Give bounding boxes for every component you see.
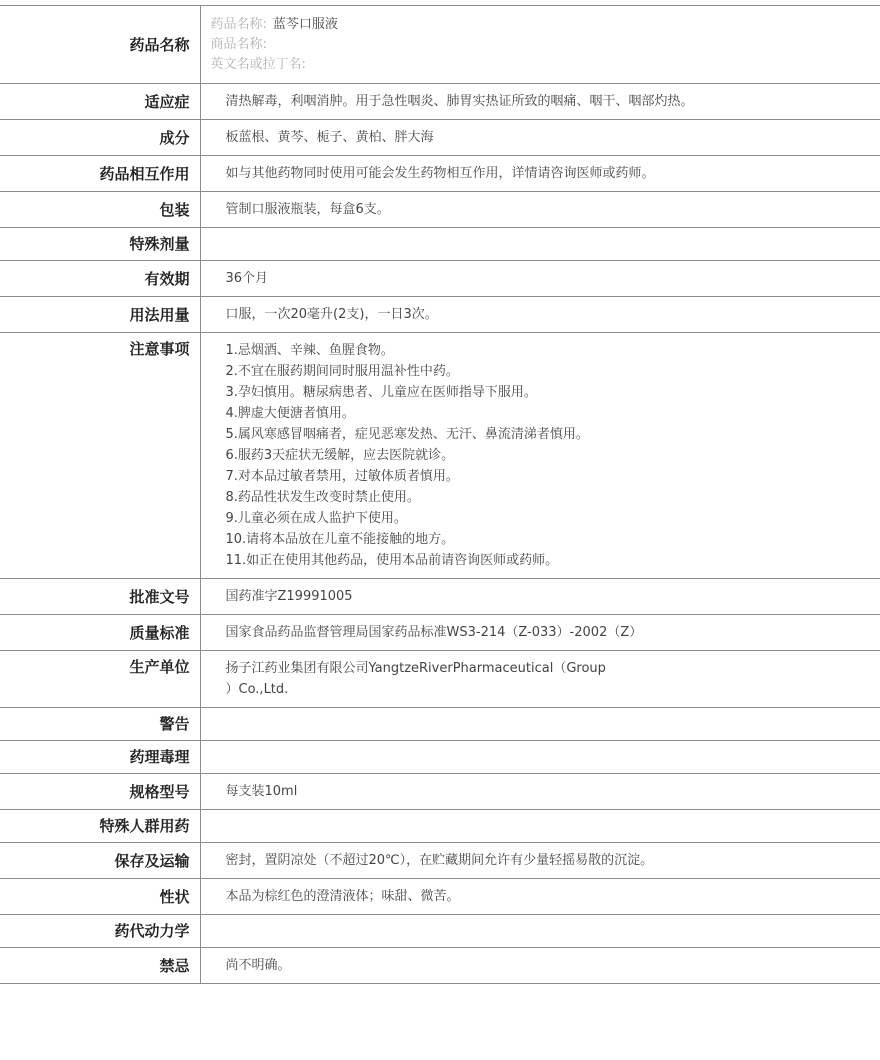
pharmacology-value bbox=[200, 741, 880, 774]
manufacturer-label: 生产单位 bbox=[0, 651, 200, 708]
trade-name-line: 商品名称: bbox=[211, 35, 880, 55]
row-packaging: 包装 管制口服液瓶装，每盒6支。 bbox=[0, 192, 880, 228]
precaution-item: 10.请将本品放在儿童不能接触的地方。 bbox=[226, 529, 880, 550]
drug-name-cell: 药品名称:蓝芩口服液 商品名称: 英文名或拉丁名: bbox=[200, 6, 880, 84]
ingredients-label: 成分 bbox=[0, 120, 200, 156]
contraindications-label: 禁忌 bbox=[0, 948, 200, 984]
row-ingredients: 成分 板蓝根、黄芩、栀子、黄柏、胖大海 bbox=[0, 120, 880, 156]
approval-number-value: 国药准字Z19991005 bbox=[200, 579, 880, 615]
indications-label: 适应症 bbox=[0, 84, 200, 120]
row-contraindications: 禁忌 尚不明确。 bbox=[0, 948, 880, 984]
row-specification: 规格型号 每支装10ml bbox=[0, 774, 880, 810]
pharmacokinetics-value bbox=[200, 915, 880, 948]
drug-name-label: 药品名称 bbox=[0, 6, 200, 84]
usage-label: 用法用量 bbox=[0, 297, 200, 333]
special-dosage-label: 特殊剂量 bbox=[0, 228, 200, 261]
special-dosage-value bbox=[200, 228, 880, 261]
row-manufacturer: 生产单位 扬子江药业集团有限公司YangtzeRiverPharmaceutic… bbox=[0, 651, 880, 708]
shelf-life-label: 有效期 bbox=[0, 261, 200, 297]
generic-name-line: 药品名称:蓝芩口服液 bbox=[211, 15, 880, 35]
specification-label: 规格型号 bbox=[0, 774, 200, 810]
manufacturer-line-2: ）Co.,Ltd. bbox=[226, 679, 880, 700]
precautions-label: 注意事项 bbox=[0, 333, 200, 579]
precaution-item: 5.属风寒感冒咽痛者，症见恶寒发热、无汗、鼻流清涕者慎用。 bbox=[226, 424, 880, 445]
warning-value bbox=[200, 708, 880, 741]
ingredients-value: 板蓝根、黄芩、栀子、黄柏、胖大海 bbox=[200, 120, 880, 156]
description-value: 本品为棕红色的澄清液体；味甜、微苦。 bbox=[200, 879, 880, 915]
row-pharmacology: 药理毒理 bbox=[0, 741, 880, 774]
interactions-value: 如与其他药物同时使用可能会发生药物相互作用，详情请咨询医师或药师。 bbox=[200, 156, 880, 192]
storage-label: 保存及运输 bbox=[0, 843, 200, 879]
shelf-life-value: 36个月 bbox=[200, 261, 880, 297]
precaution-item: 11.如正在使用其他药品，使用本品前请咨询医师或药师。 bbox=[226, 550, 880, 571]
quality-standard-label: 质量标准 bbox=[0, 615, 200, 651]
quality-standard-value: 国家食品药品监督管理局国家药品标准WS3-214（Z-033）-2002（Z） bbox=[200, 615, 880, 651]
storage-value: 密封，置阴凉处（不超过20℃），在贮藏期间允许有少量轻摇易散的沉淀。 bbox=[200, 843, 880, 879]
packaging-label: 包装 bbox=[0, 192, 200, 228]
row-quality-standard: 质量标准 国家食品药品监督管理局国家药品标准WS3-214（Z-033）-200… bbox=[0, 615, 880, 651]
special-populations-label: 特殊人群用药 bbox=[0, 810, 200, 843]
precaution-item: 1.忌烟酒、辛辣、鱼腥食物。 bbox=[226, 340, 880, 361]
row-special-populations: 特殊人群用药 bbox=[0, 810, 880, 843]
description-label: 性状 bbox=[0, 879, 200, 915]
row-shelf-life: 有效期 36个月 bbox=[0, 261, 880, 297]
generic-name-label: 药品名称: bbox=[211, 17, 267, 32]
row-usage: 用法用量 口服，一次20毫升(2支)，一日3次。 bbox=[0, 297, 880, 333]
row-approval-number: 批准文号 国药准字Z19991005 bbox=[0, 579, 880, 615]
packaging-value: 管制口服液瓶装，每盒6支。 bbox=[200, 192, 880, 228]
usage-value: 口服，一次20毫升(2支)，一日3次。 bbox=[200, 297, 880, 333]
precautions-list: 1.忌烟酒、辛辣、鱼腥食物。 2.不宜在服药期间同时服用温补性中药。 3.孕妇慎… bbox=[200, 333, 880, 579]
interactions-label: 药品相互作用 bbox=[0, 156, 200, 192]
precaution-item: 2.不宜在服药期间同时服用温补性中药。 bbox=[226, 361, 880, 382]
row-precautions: 注意事项 1.忌烟酒、辛辣、鱼腥食物。 2.不宜在服药期间同时服用温补性中药。 … bbox=[0, 333, 880, 579]
warning-label: 警告 bbox=[0, 708, 200, 741]
row-description: 性状 本品为棕红色的澄清液体；味甜、微苦。 bbox=[0, 879, 880, 915]
precaution-item: 4.脾虚大便溏者慎用。 bbox=[226, 403, 880, 424]
approval-number-label: 批准文号 bbox=[0, 579, 200, 615]
english-name-line: 英文名或拉丁名: bbox=[211, 55, 880, 75]
generic-name-value: 蓝芩口服液 bbox=[273, 17, 338, 32]
drug-spec-table: 药品名称 药品名称:蓝芩口服液 商品名称: 英文名或拉丁名: 适应症 清热解毒，… bbox=[0, 5, 880, 984]
row-drug-name: 药品名称 药品名称:蓝芩口服液 商品名称: 英文名或拉丁名: bbox=[0, 6, 880, 84]
precaution-item: 7.对本品过敏者禁用，过敏体质者慎用。 bbox=[226, 466, 880, 487]
row-storage: 保存及运输 密封，置阴凉处（不超过20℃），在贮藏期间允许有少量轻摇易散的沉淀。 bbox=[0, 843, 880, 879]
row-indications: 适应症 清热解毒，利咽消肿。用于急性咽炎、肺胃实热证所致的咽痛、咽干、咽部灼热。 bbox=[0, 84, 880, 120]
row-interactions: 药品相互作用 如与其他药物同时使用可能会发生药物相互作用，详情请咨询医师或药师。 bbox=[0, 156, 880, 192]
precaution-item: 6.服药3天症状无缓解，应去医院就诊。 bbox=[226, 445, 880, 466]
row-special-dosage: 特殊剂量 bbox=[0, 228, 880, 261]
row-pharmacokinetics: 药代动力学 bbox=[0, 915, 880, 948]
manufacturer-line-1: 扬子江药业集团有限公司YangtzeRiverPharmaceutical（Gr… bbox=[226, 658, 880, 679]
specification-value: 每支装10ml bbox=[200, 774, 880, 810]
contraindications-value: 尚不明确。 bbox=[200, 948, 880, 984]
manufacturer-value: 扬子江药业集团有限公司YangtzeRiverPharmaceutical（Gr… bbox=[200, 651, 880, 708]
indications-value: 清热解毒，利咽消肿。用于急性咽炎、肺胃实热证所致的咽痛、咽干、咽部灼热。 bbox=[200, 84, 880, 120]
special-populations-value bbox=[200, 810, 880, 843]
trade-name-label: 商品名称: bbox=[211, 37, 267, 52]
english-name-label: 英文名或拉丁名: bbox=[211, 57, 306, 72]
row-warning: 警告 bbox=[0, 708, 880, 741]
precaution-item: 3.孕妇慎用。糖尿病患者、儿童应在医师指导下服用。 bbox=[226, 382, 880, 403]
pharmacology-label: 药理毒理 bbox=[0, 741, 200, 774]
pharmacokinetics-label: 药代动力学 bbox=[0, 915, 200, 948]
precaution-item: 8.药品性状发生改变时禁止使用。 bbox=[226, 487, 880, 508]
precaution-item: 9.儿童必须在成人监护下使用。 bbox=[226, 508, 880, 529]
